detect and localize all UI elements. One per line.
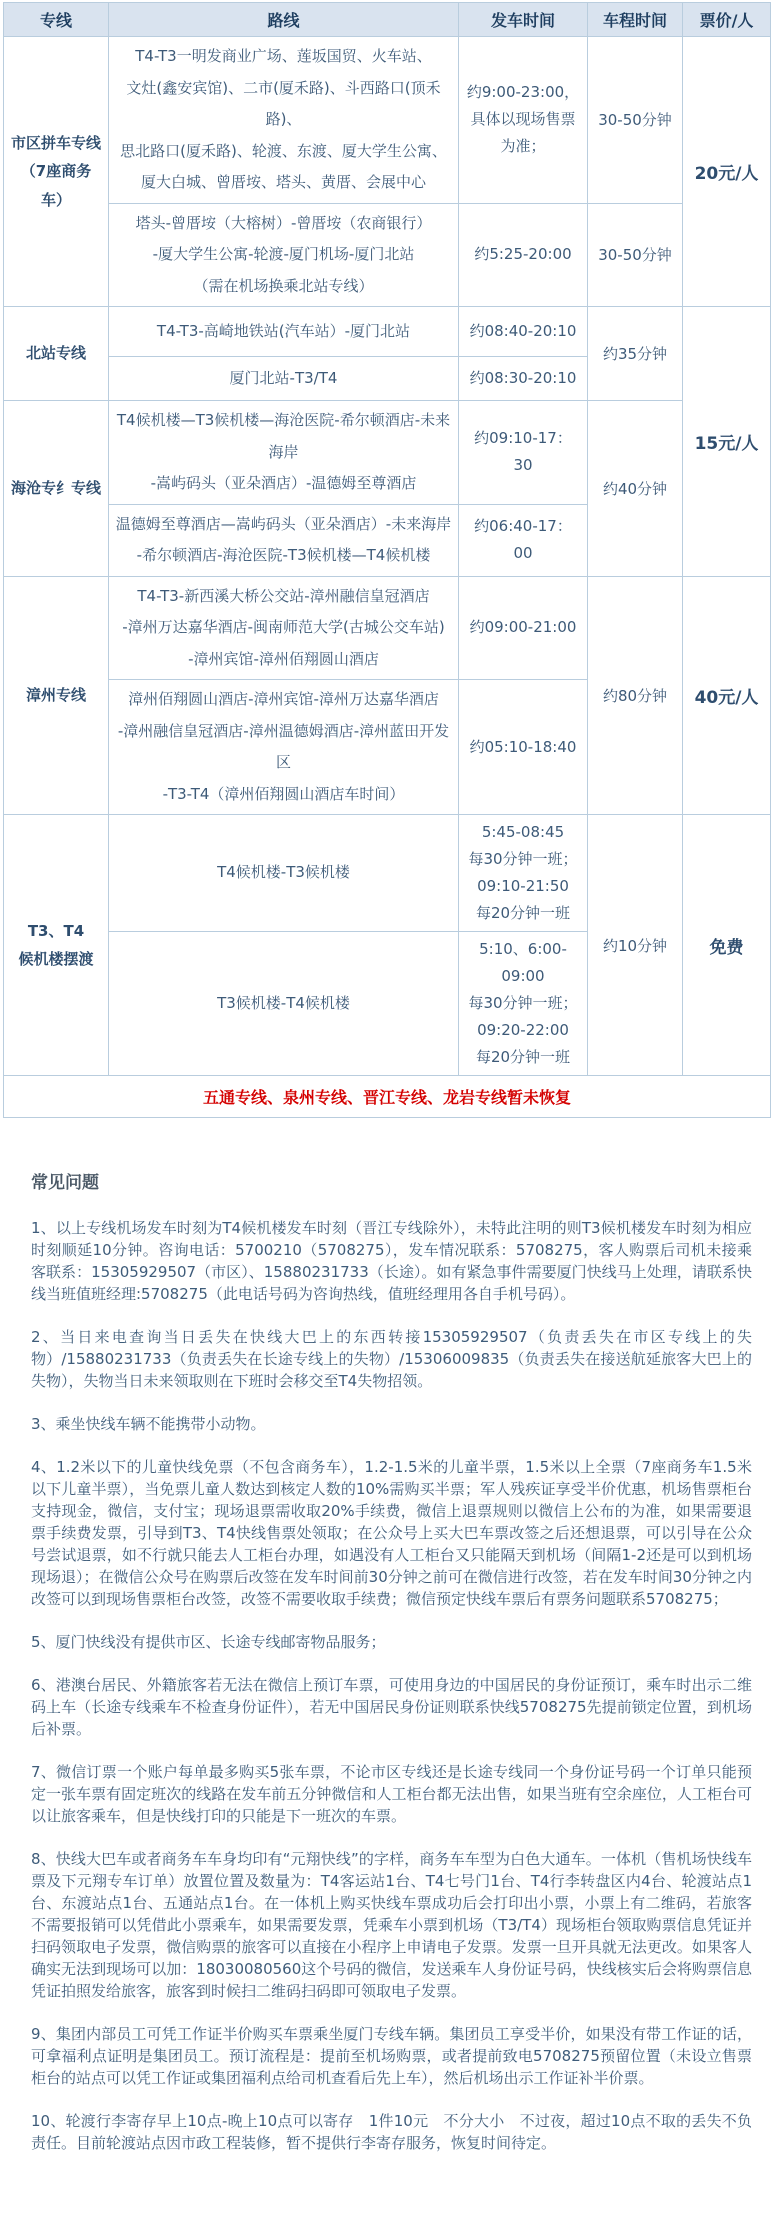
line-cell-city-carpool: 市区拼车专线 （7座商务车） [4, 37, 109, 307]
route-cell: T4-T3一明发商业广场、莲坂国贸、火车站、 文灶(鑫安宾馆)、二市(厦禾路)、… [109, 37, 459, 204]
line-cell-haicang: 海沧专纟专线 [4, 401, 109, 577]
duration-cell: 约10分钟 [588, 815, 683, 1076]
suspended-lines-notice: 五通专线、泉州专线、晋江专线、龙岩专线暂未恢复 [4, 1076, 771, 1118]
line-cell-north-station: 北站专线 [4, 307, 109, 401]
duration-cell: 30-50分钟 [588, 37, 683, 204]
faq-item-10: 10、轮渡行李寄存早上10点-晚上10点可以寄存 1件10元 不分大小 不过夜，… [31, 2110, 752, 2154]
faq-item-1: 1、以上专线机场发车时刻为T4候机楼发车时刻（晋江专线除外），未特此注明的则T3… [31, 1217, 752, 1305]
faq-item-6: 6、港澳台居民、外籍旅客若无法在微信上预订车票，可使用身边的中国居民的身份证预订… [31, 1674, 752, 1740]
departure-cell: 约09:10-17：30 [459, 401, 588, 505]
departure-cell: 5:10、6:00-09:00 每30分钟一班； 09:20-22:00 每20… [459, 932, 588, 1076]
header-line: 专线 [4, 3, 109, 37]
departure-cell: 5:45-08:45 每30分钟一班； 09:10-21:50 每20分钟一班 [459, 815, 588, 932]
faq-item-7: 7、微信订票一个账户每单最多购买5张车票，不论市区专线还是长途专线同一个身份证号… [31, 1761, 752, 1827]
faq-item-8: 8、快线大巴车或者商务车车身均印有“元翔快线”的字样，商务车车型为白色大通车。一… [31, 1848, 752, 2002]
faq-item-3: 3、乘坐快线车辆不能携带小动物。 [31, 1413, 752, 1435]
table-row: T3、T4 候机楼摆渡 T4候机楼-T3候机楼 5:45-08:45 每30分钟… [4, 815, 771, 932]
faq-section: 常见问题 1、以上专线机场发车时刻为T4候机楼发车时刻（晋江专线除外），未特此注… [31, 1168, 752, 2154]
route-cell: 塔头-曾厝垵（大榕树）-曾厝垵（农商银行） -厦大学生公寓-轮渡-厦门机场-厦门… [109, 203, 459, 307]
line-cell-zhangzhou: 漳州专线 [4, 576, 109, 815]
route-cell: 厦门北站-T3/T4 [109, 357, 459, 401]
header-trip-duration: 车程时间 [588, 3, 683, 37]
faq-title: 常见问题 [31, 1168, 752, 1193]
faq-item-9: 9、集团内部员工可凭工作证半价购买车票乘坐厦门专线车辆。集团员工享受半价，如果没… [31, 2023, 752, 2089]
faq-item-2: 2、当日来电查询当日丢失在快线大巴上的东西转接15305929507（负责丢失在… [31, 1326, 752, 1392]
shuttle-schedule-table: 专线 路线 发车时间 车程时间 票价/人 市区拼车专线 （7座商务车） T4-T… [3, 2, 771, 1118]
route-cell: T4候机楼—T3候机楼—海沧医院-希尔顿酒店-未来海岸 -嵩屿码头（亚朵酒店）-… [109, 401, 459, 505]
duration-cell: 约40分钟 [588, 401, 683, 577]
price-cell: 免费 [683, 815, 771, 1076]
departure-cell: 约5:25-20:00 [459, 203, 588, 307]
faq-item-4: 4、1.2米以下的儿童快线免票（不包含商务车），1.2-1.5米的儿童半票，1.… [31, 1456, 752, 1610]
departure-cell: 约08:40-20:10 [459, 307, 588, 357]
departure-cell: 约09:00-21:00 [459, 576, 588, 680]
faq-item-5: 5、厦门快线没有提供市区、长途专线邮寄物品服务； [31, 1631, 752, 1653]
header-route: 路线 [109, 3, 459, 37]
table-row: 北站专线 T4-T3-高崎地铁站(汽车站）-厦门北站 约08:40-20:10 … [4, 307, 771, 357]
table-header-row: 专线 路线 发车时间 车程时间 票价/人 [4, 3, 771, 37]
route-cell: T4候机楼-T3候机楼 [109, 815, 459, 932]
line-cell-terminal-shuttle: T3、T4 候机楼摆渡 [4, 815, 109, 1076]
route-cell: 温德姆至尊酒店—嵩屿码头（亚朵酒店）-未来海岸 -希尔顿酒店-海沧医院-T3候机… [109, 504, 459, 576]
price-cell-shared: 15元/人 [683, 307, 771, 577]
table-row: 塔头-曾厝垵（大榕树）-曾厝垵（农商银行） -厦大学生公寓-轮渡-厦门机场-厦门… [4, 203, 771, 307]
route-cell: T4-T3-高崎地铁站(汽车站）-厦门北站 [109, 307, 459, 357]
table-row: 市区拼车专线 （7座商务车） T4-T3一明发商业广场、莲坂国贸、火车站、 文灶… [4, 37, 771, 204]
departure-cell: 约9:00-23:00， 具体以现场售票 为准； [459, 37, 588, 204]
table-row: 海沧专纟专线 T4候机楼—T3候机楼—海沧医院-希尔顿酒店-未来海岸 -嵩屿码头… [4, 401, 771, 505]
departure-cell: 约08:30-20:10 [459, 357, 588, 401]
duration-cell: 约80分钟 [588, 576, 683, 815]
departure-cell: 约05:10-18:40 [459, 680, 588, 815]
route-cell: 漳州佰翔圆山酒店-漳州宾馆-漳州万达嘉华酒店 -漳州融信皇冠酒店-漳州温德姆酒店… [109, 680, 459, 815]
duration-cell: 约35分钟 [588, 307, 683, 401]
table-row-notice: 五通专线、泉州专线、晋江专线、龙岩专线暂未恢复 [4, 1076, 771, 1118]
route-cell: T3候机楼-T4候机楼 [109, 932, 459, 1076]
price-cell: 20元/人 [683, 37, 771, 307]
duration-cell: 30-50分钟 [588, 203, 683, 307]
header-price: 票价/人 [683, 3, 771, 37]
route-cell: T4-T3-新西溪大桥公交站-漳州融信皇冠酒店 -漳州万达嘉华酒店-闽南师范大学… [109, 576, 459, 680]
price-cell: 40元/人 [683, 576, 771, 815]
page: 专线 路线 发车时间 车程时间 票价/人 市区拼车专线 （7座商务车） T4-T… [0, 0, 773, 2215]
table-row: 漳州专线 T4-T3-新西溪大桥公交站-漳州融信皇冠酒店 -漳州万达嘉华酒店-闽… [4, 576, 771, 680]
header-departure-time: 发车时间 [459, 3, 588, 37]
departure-cell: 约06:40-17：00 [459, 504, 588, 576]
